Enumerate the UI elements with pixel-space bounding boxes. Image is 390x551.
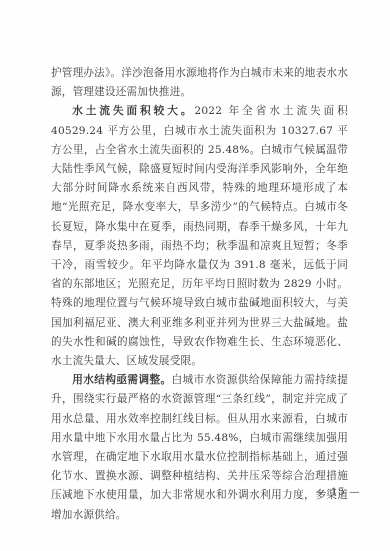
paragraph-text: 白城市水资源供给保障能力需持续提升，围绕实行最严格的水资源管理“三条红线”，制定…: [51, 374, 348, 520]
page-number: — 15 —: [313, 485, 363, 499]
paragraph-text: 护管理办法》。洋沙泡备用水源地将作为白城市未来的地表水水源，管理建设还需加快推进…: [51, 67, 348, 98]
scanned-document-page: 护管理办法》。洋沙泡备用水源地将作为白城市未来的地表水水源，管理建设还需加快推进…: [0, 0, 390, 551]
paragraph-water-source-continued: 护管理办法》。洋沙泡备用水源地将作为白城市未来的地表水水源，管理建设还需加快推进…: [51, 64, 348, 102]
paragraph-lead-bold: 水土流失面积较大。: [72, 105, 194, 117]
paragraph-text: 2022 年全省水土流失面积 40529.24 平方公里，白城市水土流失面积为 …: [51, 105, 348, 367]
document-body: 护管理办法》。洋沙泡备用水源地将作为白城市未来的地表水水源，管理建设还需加快推进…: [51, 64, 348, 525]
paragraph-water-use-structure: 用水结构亟需调整。白城市水资源供给保障能力需持续提升，围绕实行最严格的水资源管理…: [51, 371, 348, 525]
paragraph-lead-bold: 用水结构亟需调整。: [72, 374, 171, 386]
paragraph-soil-erosion: 水土流失面积较大。2022 年全省水土流失面积 40529.24 平方公里，白城…: [51, 102, 348, 371]
